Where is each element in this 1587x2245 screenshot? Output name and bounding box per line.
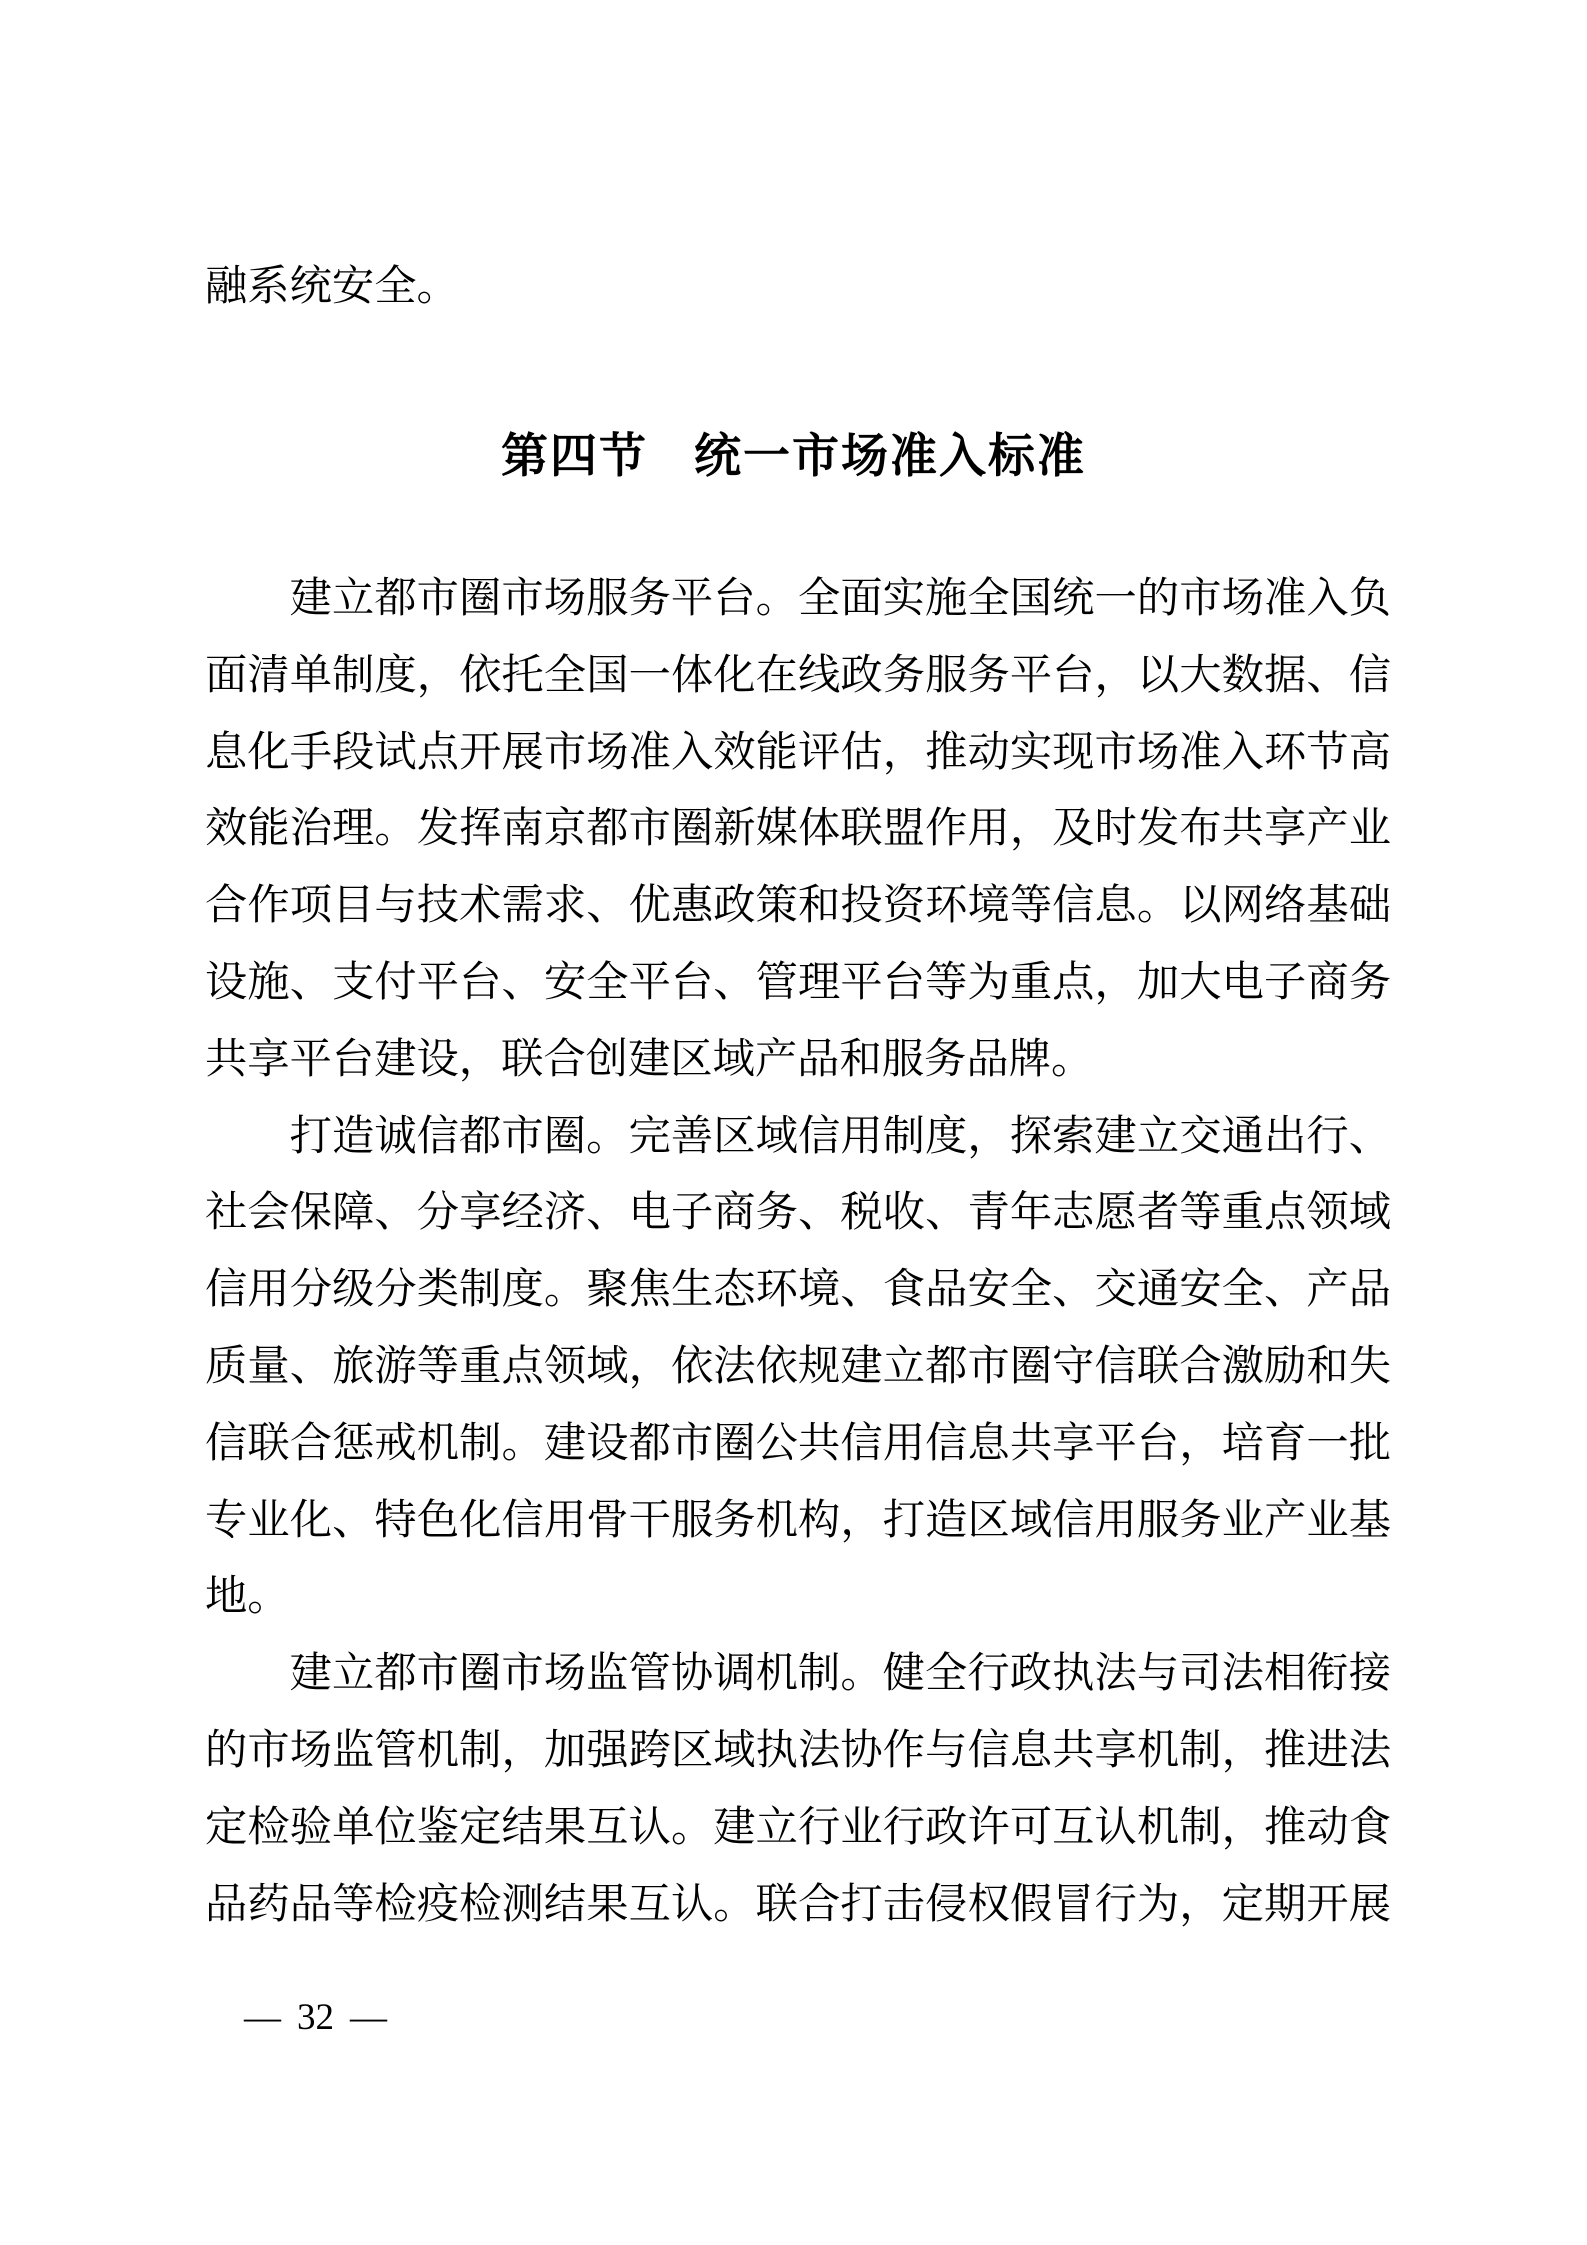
body-text: 建立都市圈市场服务平台。全面实施全国统一的市场准入负 面清单制度，依托全国一体化…: [205, 561, 1391, 1943]
body-line: 定检验单位鉴定结果互认。建立行业行政许可互认机制，推动食: [205, 1790, 1391, 1867]
body-line: 信联合惩戒机制。建设都市圈公共信用信息共享平台，培育一批: [205, 1406, 1391, 1483]
continuation-text: 融系统安全。: [205, 248, 459, 325]
page-number-footer: —32—: [244, 1995, 387, 2041]
body-line: 建立都市圈市场服务平台。全面实施全国统一的市场准入负: [205, 561, 1391, 638]
body-line: 息化手段试点开展市场准入效能评估，推动实现市场准入环节高: [205, 715, 1391, 792]
body-line: 地。: [205, 1559, 1391, 1636]
footer-dash-right: —: [350, 1997, 387, 2038]
body-line: 建立都市圈市场监管协调机制。健全行政执法与司法相衔接: [205, 1636, 1391, 1713]
body-line: 合作项目与技术需求、优惠政策和投资环境等信息。以网络基础: [205, 868, 1391, 945]
body-line: 设施、支付平台、安全平台、管理平台等为重点，加大电子商务: [205, 945, 1391, 1022]
body-line: 品药品等检疫检测结果互认。联合打击侵权假冒行为，定期开展: [205, 1867, 1391, 1944]
body-line: 共享平台建设，联合创建区域产品和服务品牌。: [205, 1022, 1391, 1099]
body-line: 质量、旅游等重点领域，依法依规建立都市圈守信联合激励和失: [205, 1329, 1391, 1406]
document-page: 融系统安全。 第四节统一市场准入标准 建立都市圈市场服务平台。全面实施全国统一的…: [0, 0, 1587, 2245]
section-heading: 第四节统一市场准入标准: [0, 427, 1587, 487]
section-number: 第四节: [501, 431, 648, 483]
body-line: 打造诚信都市圈。完善区域信用制度，探索建立交通出行、: [205, 1099, 1391, 1176]
page-number: 32: [297, 1997, 334, 2038]
section-title: 统一市场准入标准: [694, 431, 1086, 483]
body-line: 的市场监管机制，加强跨区域执法协作与信息共享机制，推进法: [205, 1713, 1391, 1790]
body-line: 信用分级分类制度。聚焦生态环境、食品安全、交通安全、产品: [205, 1252, 1391, 1329]
body-line: 社会保障、分享经济、电子商务、税收、青年志愿者等重点领域: [205, 1175, 1391, 1252]
footer-dash-left: —: [244, 1997, 281, 2038]
body-line: 效能治理。发挥南京都市圈新媒体联盟作用，及时发布共享产业: [205, 791, 1391, 868]
body-line: 面清单制度，依托全国一体化在线政务服务平台，以大数据、信: [205, 638, 1391, 715]
body-line: 专业化、特色化信用骨干服务机构，打造区域信用服务业产业基: [205, 1483, 1391, 1560]
